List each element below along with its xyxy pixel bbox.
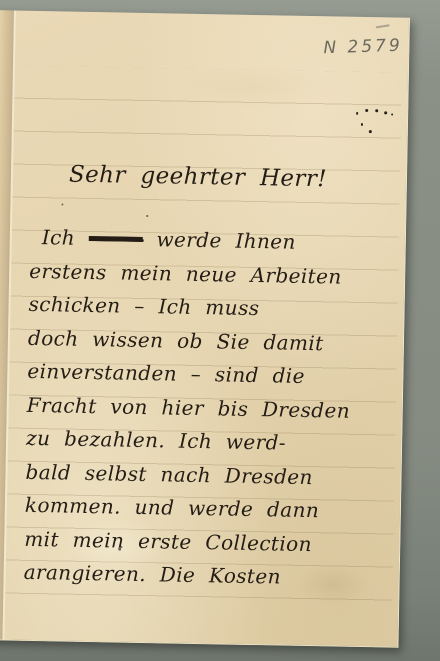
salutation: Sehr geehrter Herr! bbox=[69, 162, 327, 193]
crossed-out-word: ——— bbox=[89, 226, 143, 251]
ink-speck bbox=[365, 109, 368, 112]
letter-page: N 2579 Sehr geehrter Herr! Ich ——— werde… bbox=[0, 10, 410, 648]
body-line: schicken – Ich muss bbox=[28, 288, 380, 328]
ink-speck bbox=[61, 203, 63, 205]
ink-speck bbox=[361, 123, 363, 126]
body-line: Ich ——— werde Ihnen bbox=[42, 221, 382, 261]
ink-speck bbox=[369, 130, 372, 133]
ink-speck bbox=[146, 215, 148, 217]
ink-speck bbox=[384, 111, 387, 114]
body-line: kommen. und werde dann bbox=[25, 489, 377, 529]
letter-body: Ich ——— werde Ihnen erstens mein neue Ar… bbox=[23, 221, 381, 596]
ink-speck bbox=[391, 113, 393, 115]
body-line: zu bezahlen. Ich werd- bbox=[26, 422, 378, 462]
ink-speck bbox=[356, 112, 358, 115]
pencil-mark bbox=[376, 24, 390, 28]
body-text-fragment: Ich bbox=[42, 225, 76, 250]
body-line: arangieren. Die Kosten bbox=[23, 556, 375, 596]
photo-background: N 2579 Sehr geehrter Herr! Ich ——— werde… bbox=[0, 0, 440, 661]
ink-speck bbox=[375, 109, 378, 112]
paper-stain bbox=[172, 61, 343, 110]
body-text-fragment: werde Ihnen bbox=[156, 227, 296, 254]
catalog-number: N 2579 bbox=[323, 36, 403, 59]
body-line: einverstanden – sind die bbox=[27, 355, 379, 395]
